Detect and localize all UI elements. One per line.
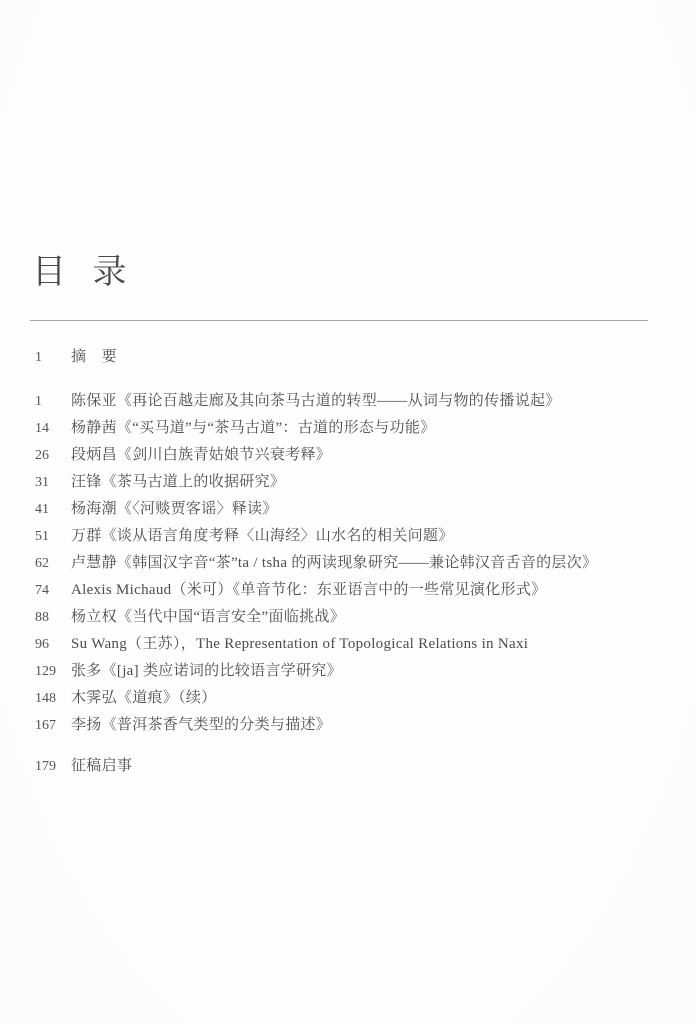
entry-title: 张多《[ja] 类应诺词的比较语言学研究》 [71, 658, 342, 684]
toc-entry: 74 Alexis Michaud（米可）《单音节化：东亚语言中的一些常见演化形… [35, 577, 665, 604]
toc-entry: 148 木霁弘《道痕》（续） [35, 685, 665, 712]
toc-entry: 88 杨立权《当代中国“语言安全”面临挑战》 [35, 604, 665, 631]
entry-title: 万群《谈从语言角度考释〈山海经〉山水名的相关问题》 [71, 523, 454, 549]
entry-title: 卢慧静《韩国汉字音“茶”ta / tsha 的两读现象研究——兼论韩汉音舌音的层… [71, 550, 597, 576]
toc-notice-row: 179 征稿启事 [35, 753, 665, 780]
entry-title: Alexis Michaud（米可）《单音节化：东亚语言中的一些常见演化形式》 [71, 577, 546, 603]
notice-label: 征稿启事 [71, 753, 132, 779]
abstract-label: 摘 要 [71, 344, 117, 370]
page-number: 31 [35, 470, 71, 496]
entry-title: 杨海潮《〈河赕贾客谣〉释读》 [71, 496, 278, 522]
toc-entry: 1 陈保亚《再论百越走廊及其向茶马古道的转型——从词与物的传播说起》 [35, 388, 665, 415]
page-number: 167 [35, 713, 71, 739]
page-number: 88 [35, 605, 71, 631]
toc-list: 1 摘 要 1 陈保亚《再论百越走廊及其向茶马古道的转型——从词与物的传播说起》… [35, 344, 665, 780]
page-number: 129 [35, 659, 71, 685]
page-number: 148 [35, 686, 71, 712]
page-number: 179 [35, 754, 71, 780]
page-number: 62 [35, 551, 71, 577]
page-number: 51 [35, 524, 71, 550]
scanned-toc-page: 目 录 1 摘 要 1 陈保亚《再论百越走廊及其向茶马古道的转型——从词与物的传… [0, 0, 696, 1024]
toc-entry: 62 卢慧静《韩国汉字音“茶”ta / tsha 的两读现象研究——兼论韩汉音舌… [35, 550, 665, 577]
toc-entry: 41 杨海潮《〈河赕贾客谣〉释读》 [35, 496, 665, 523]
entry-title: 段炳昌《剑川白族青姑娘节兴衰考释》 [71, 442, 331, 468]
entry-title: 杨静茜《“买马道”与“茶马古道”：古道的形态与功能》 [71, 415, 435, 441]
toc-entry: 14 杨静茜《“买马道”与“茶马古道”：古道的形态与功能》 [35, 415, 665, 442]
entry-title: 杨立权《当代中国“语言安全”面临挑战》 [71, 604, 345, 630]
entry-title: 李扬《普洱茶香气类型的分类与描述》 [71, 712, 331, 738]
entry-title: 汪锋《茶马古道上的收据研究》 [71, 469, 285, 495]
page-number: 1 [35, 389, 71, 415]
toc-entry: 129 张多《[ja] 类应诺词的比较语言学研究》 [35, 658, 665, 685]
toc-abstract-row: 1 摘 要 [35, 344, 665, 371]
toc-entry: 167 李扬《普洱茶香气类型的分类与描述》 [35, 712, 665, 739]
toc-entry: 26 段炳昌《剑川白族青姑娘节兴衰考释》 [35, 442, 665, 469]
page-title: 目 录 [32, 244, 136, 293]
page-number: 1 [35, 345, 71, 371]
entry-title: Su Wang（王苏），The Representation of Topolo… [71, 631, 528, 657]
toc-entry: 31 汪锋《茶马古道上的收据研究》 [35, 469, 665, 496]
page-number: 41 [35, 497, 71, 523]
page-number: 26 [35, 443, 71, 469]
toc-entry: 96 Su Wang（王苏），The Representation of Top… [35, 631, 665, 658]
entry-title: 陈保亚《再论百越走廊及其向茶马古道的转型——从词与物的传播说起》 [71, 388, 561, 414]
toc-entry: 51 万群《谈从语言角度考释〈山海经〉山水名的相关问题》 [35, 523, 665, 550]
page-number: 14 [35, 416, 71, 442]
horizontal-rule [30, 320, 648, 321]
page-number: 74 [35, 578, 71, 604]
entry-title: 木霁弘《道痕》（续） [71, 685, 217, 711]
page-number: 96 [35, 632, 71, 658]
